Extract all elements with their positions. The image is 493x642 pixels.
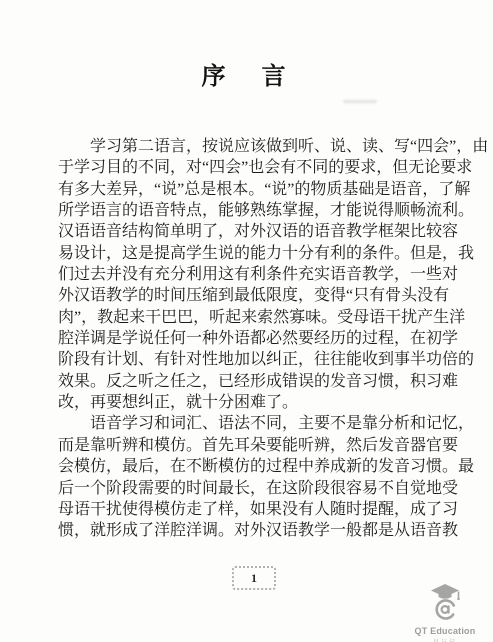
text-line: 改，再要想纠正，就十分困难了。 — [58, 392, 445, 413]
text-line: 们过去并没有充分利用这有利条件充实语音教学，一些对 — [58, 264, 445, 285]
scan-artifact — [343, 100, 377, 103]
text-line: 外汉语教学的时间压缩到最低限度，变得“只有骨头没有 — [58, 285, 445, 306]
page-title: 序 言 — [0, 56, 493, 91]
publisher-watermark: QT Education 早与记 — [401, 583, 489, 642]
watermark-brand: QT Education — [415, 626, 476, 636]
text-line: 而是靠听辨和模仿。首先耳朵要能听辨，然后发音器官要 — [58, 435, 445, 456]
text-line: 学习第二语言，按说应该做到听、说、读、写“四会”，由 — [58, 136, 445, 157]
text-line: 汉语语音结构简单明了，对外汉语的语音教学框架比较容 — [58, 221, 445, 242]
text-line: 于学习目的不同，对“四会”也会有不同的要求，但无论要求 — [58, 157, 445, 178]
text-line: 效果。反之听之任之，已经形成错误的发音习惯，积习难 — [58, 371, 445, 392]
text-line: 阶段有计划、有针对性地加以纠正，往往能收到事半功倍的 — [58, 349, 445, 370]
watermark-tagline: 早与记 — [433, 637, 457, 642]
text-line: 腔洋调是学说任何一种外语都必然要经历的过程，在初学 — [58, 328, 445, 349]
text-line: 会模仿，最后，在不断模仿的过程中养成新的发音习惯。最 — [58, 456, 445, 477]
text-line: 肉”，教起来干巴巴，听起来索然寡味。受母语干扰产生洋 — [58, 307, 445, 328]
text-line: 母语干扰使得模仿走了样，如果没有人随时提醒，成了习 — [58, 499, 445, 520]
body-text: 学习第二语言，按说应该做到听、说、读、写“四会”，由 于学习目的不同，对“四会”… — [58, 136, 445, 542]
text-line: 后一个阶段需要的时间最长，在这阶段很容易不自觉地受 — [58, 478, 445, 499]
document-page: 序 言 学习第二语言，按说应该做到听、说、读、写“四会”，由 于学习目的不同，对… — [0, 0, 493, 642]
page-number-ornament: 1 — [232, 566, 276, 590]
text-line: 易设计，这是提高学生说的能力十分有利的条件。但是，我 — [58, 243, 445, 264]
page-number: 1 — [251, 571, 257, 586]
text-line: 语音学习和词汇、语法不同，主要不是靠分析和记忆， — [58, 413, 445, 434]
text-line: 所学语言的语音特点，能够熟练掌握，才能说得顺畅流利。 — [58, 200, 445, 221]
text-line: 有多大差异，“说”总是根本。“说”的物质基础是语音，了解 — [58, 179, 445, 200]
graduation-cap-icon — [430, 583, 460, 625]
text-line: 惯，就形成了洋腔洋调。对外汉语教学一般都是从语音教 — [58, 520, 445, 541]
